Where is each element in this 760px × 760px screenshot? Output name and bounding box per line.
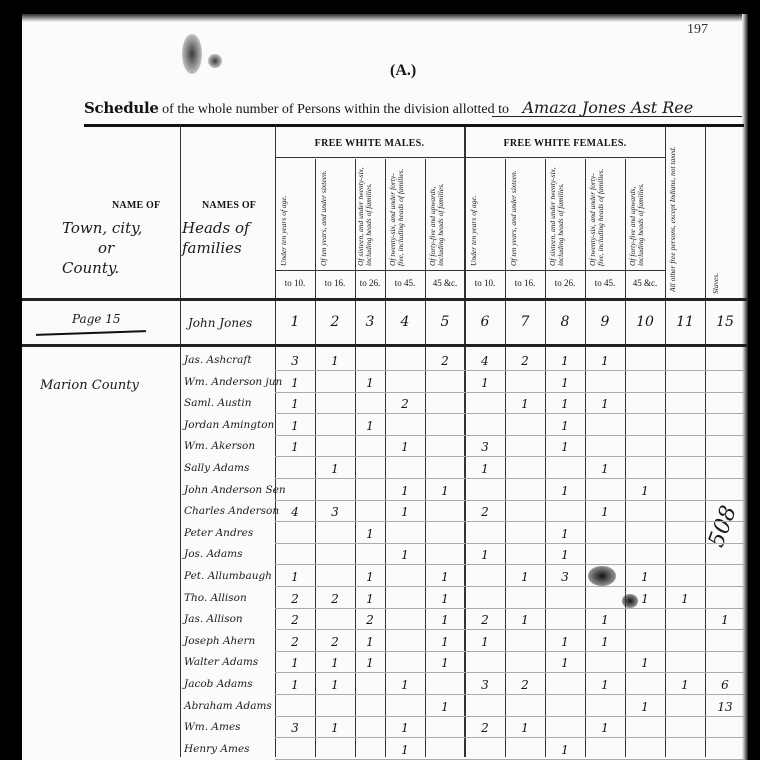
numbering-head: John Jones xyxy=(188,316,252,330)
col-number: 9 xyxy=(585,314,625,330)
tally-cell: 1 xyxy=(670,678,700,692)
tally-cell: 1 xyxy=(550,397,580,411)
heads-hand-line: families xyxy=(182,238,250,258)
col-number: 7 xyxy=(505,314,545,330)
tally-cell: 1 xyxy=(510,613,540,627)
tally-cell: 1 xyxy=(430,484,460,498)
row-rule xyxy=(275,672,745,673)
tally-cell: 1 xyxy=(430,570,460,584)
tally-cell: 1 xyxy=(390,440,420,454)
tally-cell: 1 xyxy=(550,527,580,541)
family-head-name: Jas. Ashcraft xyxy=(184,354,252,366)
family-head-name: Jordan Amington xyxy=(184,419,274,431)
grid-line xyxy=(275,127,276,757)
tally-cell: 1 xyxy=(470,548,500,562)
tally-cell: 3 xyxy=(470,678,500,692)
tally-cell: 1 xyxy=(280,570,310,584)
grid-line xyxy=(625,159,626,757)
tally-cell: 2 xyxy=(320,635,350,649)
family-head-name: John Anderson Sen xyxy=(184,484,286,496)
tally-cell: 1 xyxy=(320,721,350,735)
schedule-title: Schedule of the whole number of Persons … xyxy=(84,98,693,118)
tally-cell: 1 xyxy=(590,354,620,368)
tally-cell: 1 xyxy=(280,397,310,411)
heads-hand-line: Heads of xyxy=(182,218,250,238)
col-desc-f3: Of sixteen, and under twenty-six, includ… xyxy=(549,162,581,266)
tally-cell: 1 xyxy=(430,592,460,606)
tally-cell: 3 xyxy=(280,721,310,735)
tally-cell: 4 xyxy=(280,505,310,519)
tally-cell: 1 xyxy=(550,484,580,498)
tally-cell: 2 xyxy=(280,613,310,627)
tally-cell: 2 xyxy=(510,354,540,368)
family-head-name: Saml. Austin xyxy=(184,397,252,409)
family-head-name: Wm. Akerson xyxy=(184,440,255,452)
tally-cell: 1 xyxy=(550,635,580,649)
row-rule xyxy=(275,456,745,457)
tally-cell: 2 xyxy=(355,613,385,627)
grid-line xyxy=(275,157,665,158)
tally-cell: 1 xyxy=(390,678,420,692)
row-rule xyxy=(275,413,745,414)
row-rule xyxy=(275,564,745,565)
col-desc-m2: Of ten years, and under sixteen. xyxy=(320,162,350,266)
tally-cell: 2 xyxy=(320,592,350,606)
tally-cell: 2 xyxy=(390,397,420,411)
col-number: 5 xyxy=(425,314,465,330)
town-header-hand: Town, city, or County. xyxy=(62,218,142,278)
col-desc-m1: Under ten years of age. xyxy=(280,162,310,266)
tally-cell: 1 xyxy=(320,678,350,692)
family-head-name: Tho. Allison xyxy=(184,592,247,604)
tally-cell: 3 xyxy=(550,570,580,584)
tally-cell: 1 xyxy=(470,376,500,390)
tally-cell: 1 xyxy=(550,548,580,562)
tally-cell: 1 xyxy=(320,462,350,476)
numbering-bottom-rule xyxy=(22,344,748,347)
grid-line xyxy=(505,159,506,757)
tally-cell: 2 xyxy=(470,613,500,627)
tally-cell: 1 xyxy=(430,656,460,670)
tally-cell: 1 xyxy=(280,419,310,433)
age-label-m5: 45 &c. xyxy=(425,278,465,288)
schedule-letter: (A.) xyxy=(390,62,416,80)
tally-cell: 2 xyxy=(280,592,310,606)
tally-cell: 1 xyxy=(390,505,420,519)
tally-cell: 1 xyxy=(280,678,310,692)
tally-cell: 13 xyxy=(710,700,740,714)
grid-line xyxy=(545,159,546,757)
col-desc-m5: Of forty-five and upwards, including hea… xyxy=(429,162,461,266)
tally-cell: 1 xyxy=(510,721,540,735)
grid-line xyxy=(425,159,426,757)
row-rule xyxy=(275,737,745,738)
age-label-m4: to 45. xyxy=(385,278,425,288)
tally-cell: 1 xyxy=(510,570,540,584)
town-header-label: NAME OF xyxy=(112,200,160,211)
tally-cell: 1 xyxy=(630,700,660,714)
tally-cell: 1 xyxy=(355,656,385,670)
tally-cell: 1 xyxy=(590,397,620,411)
tally-cell: 6 xyxy=(710,678,740,692)
family-head-name: Henry Ames xyxy=(184,743,250,755)
col-desc-m3: Of sixteen, and under twenty-six, includ… xyxy=(357,162,383,266)
row-rule xyxy=(275,716,745,717)
col-desc-f1: Under ten years of age. xyxy=(470,162,500,266)
row-rule xyxy=(275,586,745,587)
grid-line xyxy=(705,127,706,757)
page-edge-top xyxy=(22,14,748,22)
header-bottom-rule xyxy=(22,298,748,301)
age-label-f2: to 16. xyxy=(505,278,545,288)
title-underline xyxy=(492,116,742,117)
age-label-m3: to 26. xyxy=(355,278,385,288)
numbering-town: Page 15 xyxy=(72,312,121,326)
census-page: 197 (A.) Schedule of the whole number of… xyxy=(22,14,748,760)
tally-cell: 2 xyxy=(280,635,310,649)
col-number: 2 xyxy=(315,314,355,330)
age-label-f5: 45 &c. xyxy=(625,278,665,288)
grid-line xyxy=(315,159,316,757)
title-handwritten: Amaza Jones Ast Ree xyxy=(523,98,694,117)
tally-cell: 1 xyxy=(550,419,580,433)
tally-cell: 1 xyxy=(355,527,385,541)
tally-cell: 1 xyxy=(630,592,660,606)
tally-cell: 1 xyxy=(355,635,385,649)
tally-cell: 1 xyxy=(320,354,350,368)
tally-cell: 2 xyxy=(510,678,540,692)
tally-cell: 1 xyxy=(430,613,460,627)
tally-cell: 1 xyxy=(590,462,620,476)
col-number: 1 xyxy=(275,314,315,330)
title-text: of the whole number of Persons within th… xyxy=(162,102,509,117)
tally-cell: 1 xyxy=(280,376,310,390)
tally-cell: 1 xyxy=(355,419,385,433)
family-head-name: Abraham Adams xyxy=(184,700,272,712)
row-rule xyxy=(275,435,745,436)
family-head-name: Wm. Anderson jun xyxy=(184,376,282,388)
tally-cell: 1 xyxy=(630,570,660,584)
col-desc-other-free: All other free persons, except Indians, … xyxy=(669,132,701,292)
col-number: 15 xyxy=(705,314,745,330)
tally-cell: 1 xyxy=(630,656,660,670)
females-group-title: FREE WHITE FEMALES. xyxy=(465,138,665,149)
tally-cell: 1 xyxy=(510,397,540,411)
family-head-name: Joseph Ahern xyxy=(184,635,255,647)
tally-cell: 2 xyxy=(470,505,500,519)
tally-cell: 2 xyxy=(430,354,460,368)
strike-through xyxy=(36,330,146,336)
age-label-f3: to 26. xyxy=(545,278,585,288)
tally-cell: 1 xyxy=(590,505,620,519)
col-desc-slaves: Slaves. xyxy=(712,254,742,294)
tally-cell: 1 xyxy=(550,656,580,670)
row-rule xyxy=(275,392,745,393)
tally-cell: 1 xyxy=(470,462,500,476)
grid-line xyxy=(180,127,181,757)
family-head-name: Peter Andres xyxy=(184,527,253,539)
grid-line xyxy=(464,127,466,757)
row-rule xyxy=(275,521,745,522)
ink-blot xyxy=(588,566,616,586)
family-head-name: Wm. Ames xyxy=(184,721,241,733)
col-desc-m4: Of twenty-six, and under forty-five, inc… xyxy=(389,162,421,266)
males-group-title: FREE WHITE MALES. xyxy=(275,138,464,149)
ink-smudge xyxy=(208,54,222,68)
col-number: 8 xyxy=(545,314,585,330)
header-top-rule xyxy=(84,124,744,127)
tally-cell: 3 xyxy=(280,354,310,368)
heads-header-hand: Heads of families xyxy=(182,218,250,258)
tally-cell: 1 xyxy=(280,656,310,670)
grid-line xyxy=(665,127,666,757)
age-label-f4: to 45. xyxy=(585,278,625,288)
tally-cell: 1 xyxy=(710,613,740,627)
tally-cell: 1 xyxy=(550,743,580,757)
tally-cell: 1 xyxy=(390,548,420,562)
grid-line xyxy=(585,159,586,757)
age-label-m1: to 10. xyxy=(275,278,315,288)
heads-header-label: NAMES OF xyxy=(202,200,256,211)
row-rule xyxy=(275,370,745,371)
town-hand-line: Town, city, xyxy=(62,218,142,238)
grid-line xyxy=(385,159,386,757)
tally-cell: 1 xyxy=(355,376,385,390)
tally-cell: 1 xyxy=(430,700,460,714)
family-head-name: Jos. Adams xyxy=(184,548,243,560)
age-label-f1: to 10. xyxy=(465,278,505,288)
page-number: 197 xyxy=(687,22,708,38)
col-desc-f5: Of forty-five and upwards, including hea… xyxy=(629,162,661,266)
tally-cell: 1 xyxy=(590,613,620,627)
tally-cell: 1 xyxy=(430,635,460,649)
col-number: 4 xyxy=(385,314,425,330)
tally-cell: 1 xyxy=(590,721,620,735)
tally-cell: 1 xyxy=(670,592,700,606)
tally-cell: 1 xyxy=(550,440,580,454)
row-rule xyxy=(275,608,745,609)
family-head-name: Jacob Adams xyxy=(184,678,253,690)
ink-smudge xyxy=(182,34,202,74)
row-rule xyxy=(275,478,745,479)
tally-cell: 1 xyxy=(320,656,350,670)
tally-cell: 1 xyxy=(590,678,620,692)
tally-cell: 1 xyxy=(550,354,580,368)
col-desc-f2: Of ten years, and under sixteen. xyxy=(510,162,540,266)
col-desc-f4: Of twenty-six, and under forty-five, inc… xyxy=(589,162,621,266)
tally-cell: 1 xyxy=(390,743,420,757)
county-name: Marion County xyxy=(40,378,139,393)
town-hand-line: or xyxy=(62,238,142,258)
row-rule xyxy=(275,694,745,695)
tally-cell: 1 xyxy=(630,484,660,498)
family-head-name: Walter Adams xyxy=(184,656,258,668)
row-rule xyxy=(275,543,745,544)
tally-cell: 2 xyxy=(470,721,500,735)
col-number: 3 xyxy=(355,314,385,330)
tally-cell: 1 xyxy=(590,635,620,649)
grid-line xyxy=(275,270,665,271)
title-prefix: Schedule xyxy=(84,99,159,117)
family-head-name: Charles Anderson xyxy=(184,505,279,517)
col-number: 11 xyxy=(665,314,705,330)
family-head-name: Sally Adams xyxy=(184,462,249,474)
col-number: 10 xyxy=(625,314,665,330)
tally-cell: 1 xyxy=(390,721,420,735)
row-rule xyxy=(275,500,745,501)
row-rule xyxy=(275,651,745,652)
age-label-m2: to 16. xyxy=(315,278,355,288)
col-number: 6 xyxy=(465,314,505,330)
tally-cell: 1 xyxy=(390,484,420,498)
town-hand-line: County. xyxy=(62,258,142,278)
tally-cell: 1 xyxy=(550,376,580,390)
row-rule xyxy=(275,629,745,630)
tally-cell: 1 xyxy=(280,440,310,454)
family-head-name: Jas. Allison xyxy=(184,613,243,625)
family-head-name: Pet. Allumbaugh xyxy=(184,570,272,582)
tally-cell: 3 xyxy=(320,505,350,519)
tally-cell: 4 xyxy=(470,354,500,368)
tally-cell: 1 xyxy=(470,635,500,649)
tally-cell: 1 xyxy=(355,592,385,606)
tally-cell: 3 xyxy=(470,440,500,454)
tally-cell: 1 xyxy=(355,570,385,584)
